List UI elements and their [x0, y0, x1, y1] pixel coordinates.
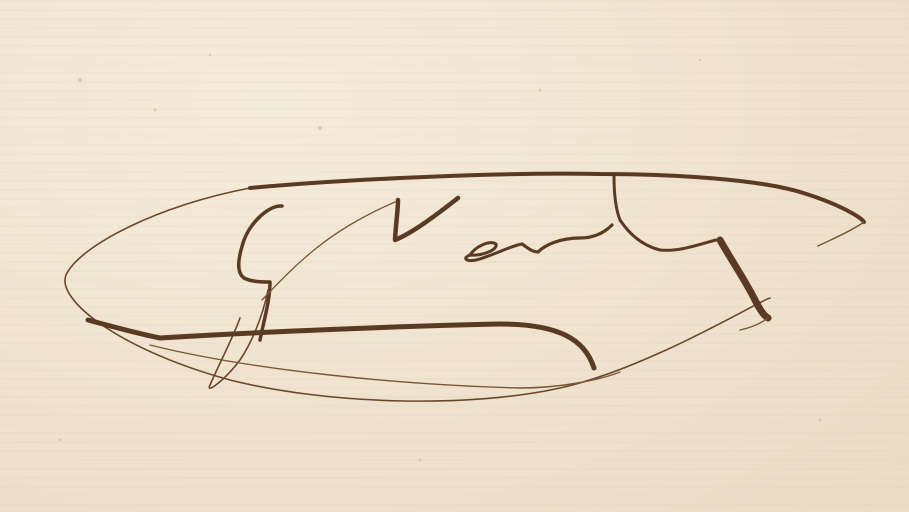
letter-v	[395, 198, 458, 240]
flourish-bottom-underline	[88, 320, 594, 368]
flourish-top-stroke	[250, 174, 864, 222]
flourish-outer-loop	[65, 188, 770, 401]
letter-i-stroke	[720, 240, 768, 318]
letter-d-ascender	[614, 176, 716, 250]
paper-speckles	[59, 54, 822, 462]
aged-paper-background: G Verdi	[0, 0, 909, 512]
flourish-top-tail	[818, 222, 864, 246]
letter-e	[466, 243, 522, 261]
g-to-v-hairline	[262, 202, 395, 300]
letter-r	[522, 225, 612, 252]
letter-i-tail	[740, 318, 768, 330]
signature-drawing	[0, 0, 909, 512]
